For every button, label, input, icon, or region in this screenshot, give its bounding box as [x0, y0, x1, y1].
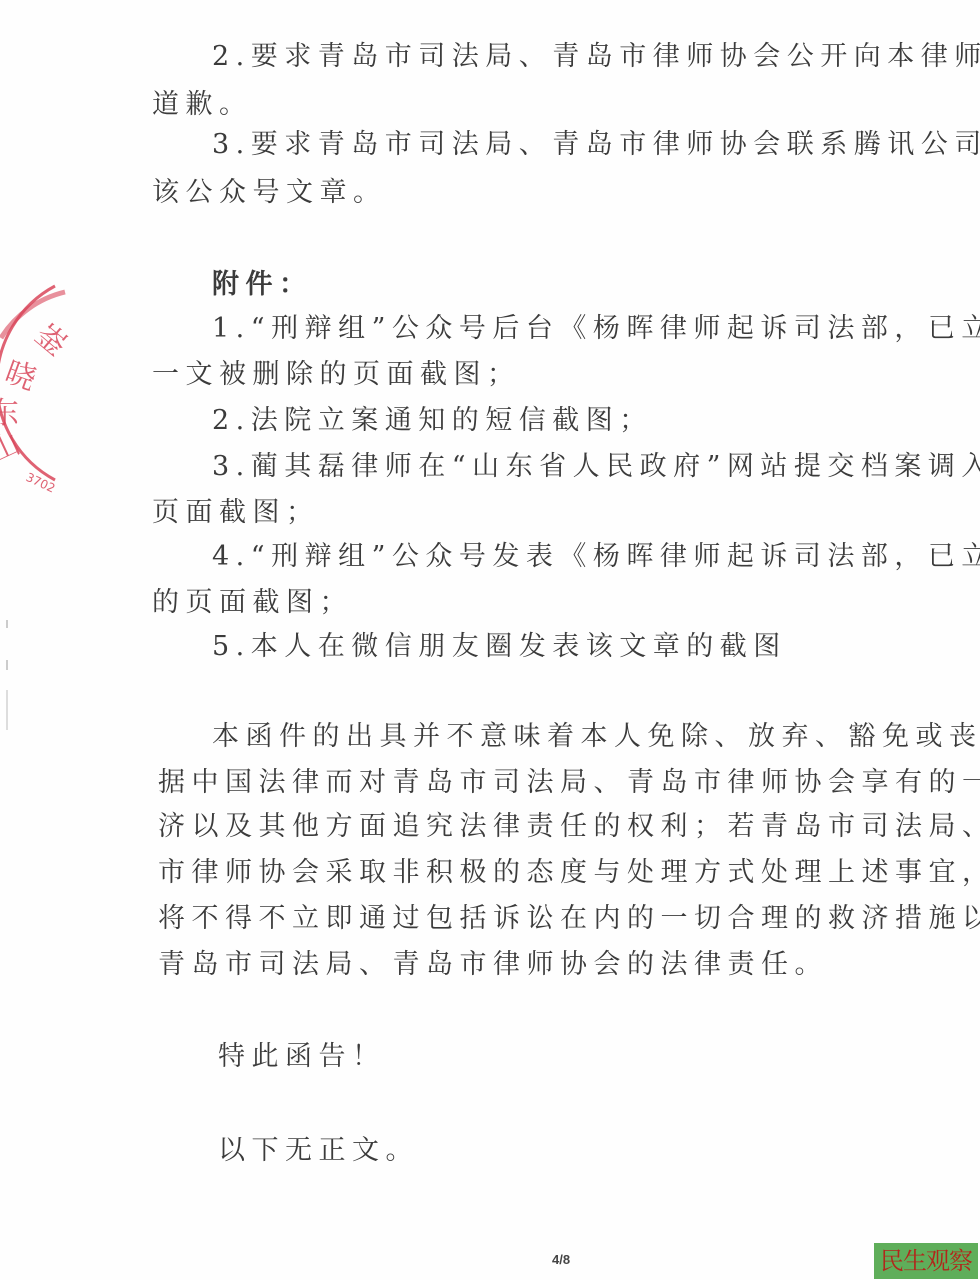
seal-char: 晓 — [0, 355, 40, 398]
reservation-paragraph-line-3: 济以及其他方面追究法律责任的权利；若青岛市司法局、青岛 — [158, 810, 980, 844]
attachment-4-line-2: 的页面截图； — [152, 586, 353, 620]
attachment-1-line-2: 一文被删除的页面截图； — [152, 358, 521, 392]
seal-stamp-icon: 崟 晓 东 山 3702 — [0, 268, 75, 498]
seal-char: 崟 — [28, 317, 73, 363]
reservation-paragraph-line-2: 据中国法律而对青岛市司法局、青岛市律师协会享有的一切经 — [158, 766, 980, 800]
reservation-paragraph-line-6: 青岛市司法局、青岛市律师协会的法律责任。 — [158, 948, 828, 982]
attachments-heading: 附件： — [212, 268, 313, 302]
seal-char: 东 — [0, 396, 19, 431]
seal-char: 山 — [0, 426, 26, 470]
end-of-text-note: 以下无正文。 — [218, 1134, 419, 1168]
demand-3-line-2: 该公众号文章。 — [152, 176, 387, 210]
demand-2-line-1: 2.要求青岛市司法局、青岛市律师协会公开向本律师赔礼 — [212, 40, 980, 74]
document-page: 崟 晓 东 山 3702 2.要求青岛市司法局、青岛市律师协会公开向本律师赔礼 … — [0, 0, 980, 1280]
reservation-paragraph-line-1: 本函件的出具并不意味着本人免除、放弃、豁免或丧失依 — [212, 720, 980, 754]
attachment-4-line-1: 4.“刑辩组”公众号发表《杨晖律师起诉司法部，已立案》 — [212, 540, 980, 574]
reservation-paragraph-line-4: 市律师协会采取非积极的态度与处理方式处理上述事宜，本人 — [158, 856, 980, 890]
demand-3-line-1: 3.要求青岛市司法局、青岛市律师协会联系腾讯公司恢复 — [212, 128, 980, 162]
attachment-5: 5.本人在微信朋友圈发表该文章的截图 — [212, 630, 787, 664]
scan-edge-marks — [4, 620, 16, 760]
attachment-3-line-2: 页面截图； — [152, 496, 320, 530]
demand-2-line-2: 道歉。 — [152, 88, 253, 122]
seal-code: 3702 — [24, 470, 58, 496]
attachment-2: 2.法院立案通知的短信截图； — [212, 404, 653, 438]
attachment-1-line-1: 1.“刑辩组”公众号后台《杨晖律师起诉司法部，已立案》 — [212, 312, 980, 346]
attachment-3-line-1: 3.蔺其磊律师在“山东省人民政府”网站提交档案调入申请的 — [212, 450, 980, 484]
watermark-badge: 民生观察 — [874, 1243, 978, 1279]
reservation-paragraph-line-5: 将不得不立即通过包括诉讼在内的一切合理的救济措施以追究 — [158, 902, 980, 936]
page-number: 4/8 — [552, 1252, 570, 1267]
closing-statement: 特此函告！ — [218, 1040, 386, 1074]
